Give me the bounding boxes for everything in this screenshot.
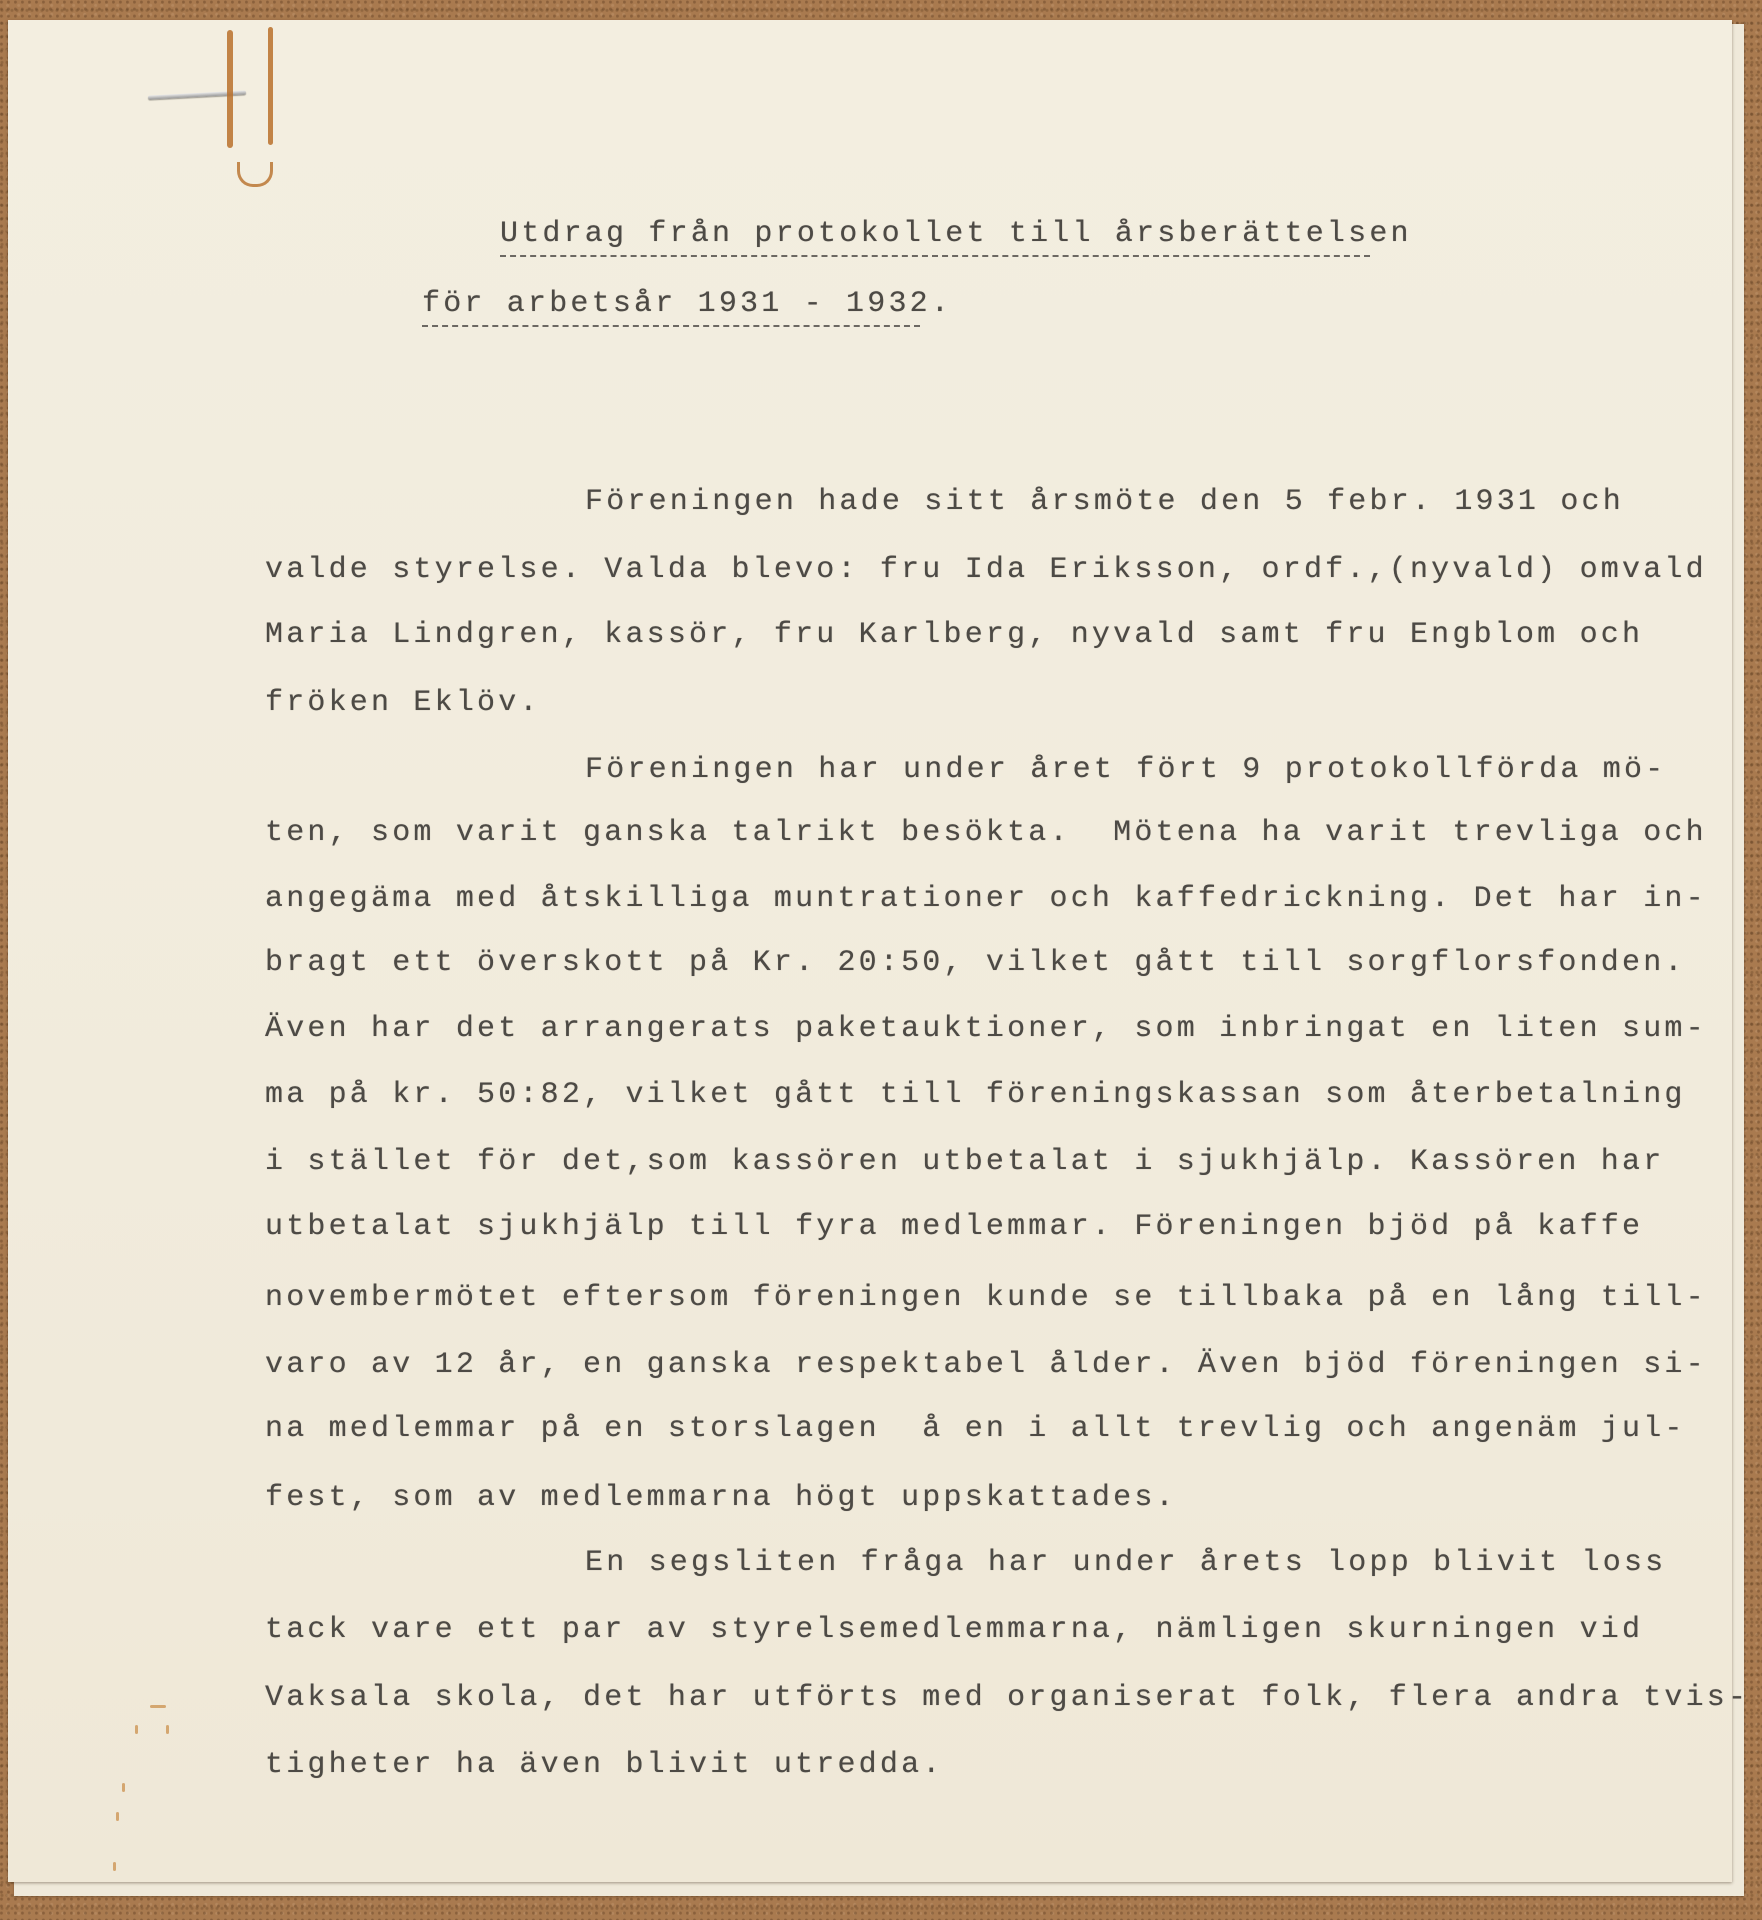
paragraph-3-line: tack vare ett par av styrelsemedlemmarna… (265, 1615, 1643, 1645)
paragraph-2-line: Föreningen har under året fört 9 protoko… (585, 755, 1666, 785)
rust-stain-right (268, 27, 273, 145)
stain-mark (135, 1725, 138, 1734)
paragraph-1-line: fröken Eklöv. (265, 688, 541, 718)
paragraph-3-line: Vaksala skola, det har utförts med organ… (265, 1683, 1749, 1713)
stain-mark (150, 1705, 166, 1708)
paragraph-1-line: valde styrelse. Valda blevo: fru Ida Eri… (265, 555, 1707, 585)
rust-stain-left (227, 30, 233, 148)
stain-mark (166, 1725, 169, 1734)
paragraph-2-line: bragt ett överskott på Kr. 20:50, vilket… (265, 948, 1686, 978)
paragraph-2-line: utbetalat sjukhjälp till fyra medlemmar.… (265, 1212, 1643, 1242)
paragraph-2-line: varo av 12 år, en ganska respektabel åld… (265, 1350, 1707, 1380)
stain-mark (113, 1862, 116, 1871)
paragraph-2-line: ten, som varit ganska talrikt besökta. M… (265, 818, 1707, 848)
paragraph-2-line: fest, som av medlemmarna högt uppskattad… (265, 1483, 1177, 1513)
stain-mark (116, 1812, 119, 1821)
stain-mark (122, 1783, 125, 1792)
paragraph-2-line: angegäma med åtskilliga muntrationer och… (265, 884, 1707, 914)
paragraph-2-line: ma på kr. 50:82, vilket gått till föreni… (265, 1080, 1686, 1110)
paragraph-2-line: novembermötet eftersom föreningen kunde … (265, 1283, 1707, 1313)
paragraph-2-line: Även har det arrangerats paketauktioner,… (265, 1014, 1707, 1044)
document-title-line-1: Utdrag från protokollet till årsberättel… (500, 219, 1370, 257)
paragraph-1-line: Maria Lindgren, kassör, fru Karlberg, ny… (265, 620, 1643, 650)
document-title-line-2: för arbetsår 1931 - 1932. (422, 289, 920, 327)
paragraph-3-line: tigheter ha även blivit utredda. (265, 1750, 944, 1780)
paragraph-2-line: i stället för det,som kassören utbetalat… (265, 1147, 1664, 1177)
paragraph-3-line: En segsliten fråga har under årets lopp … (585, 1548, 1666, 1578)
paragraph-1-line: Föreningen hade sitt årsmöte den 5 febr.… (585, 487, 1624, 517)
paragraph-2-line: na medlemmar på en storslagen å en i all… (265, 1414, 1686, 1444)
